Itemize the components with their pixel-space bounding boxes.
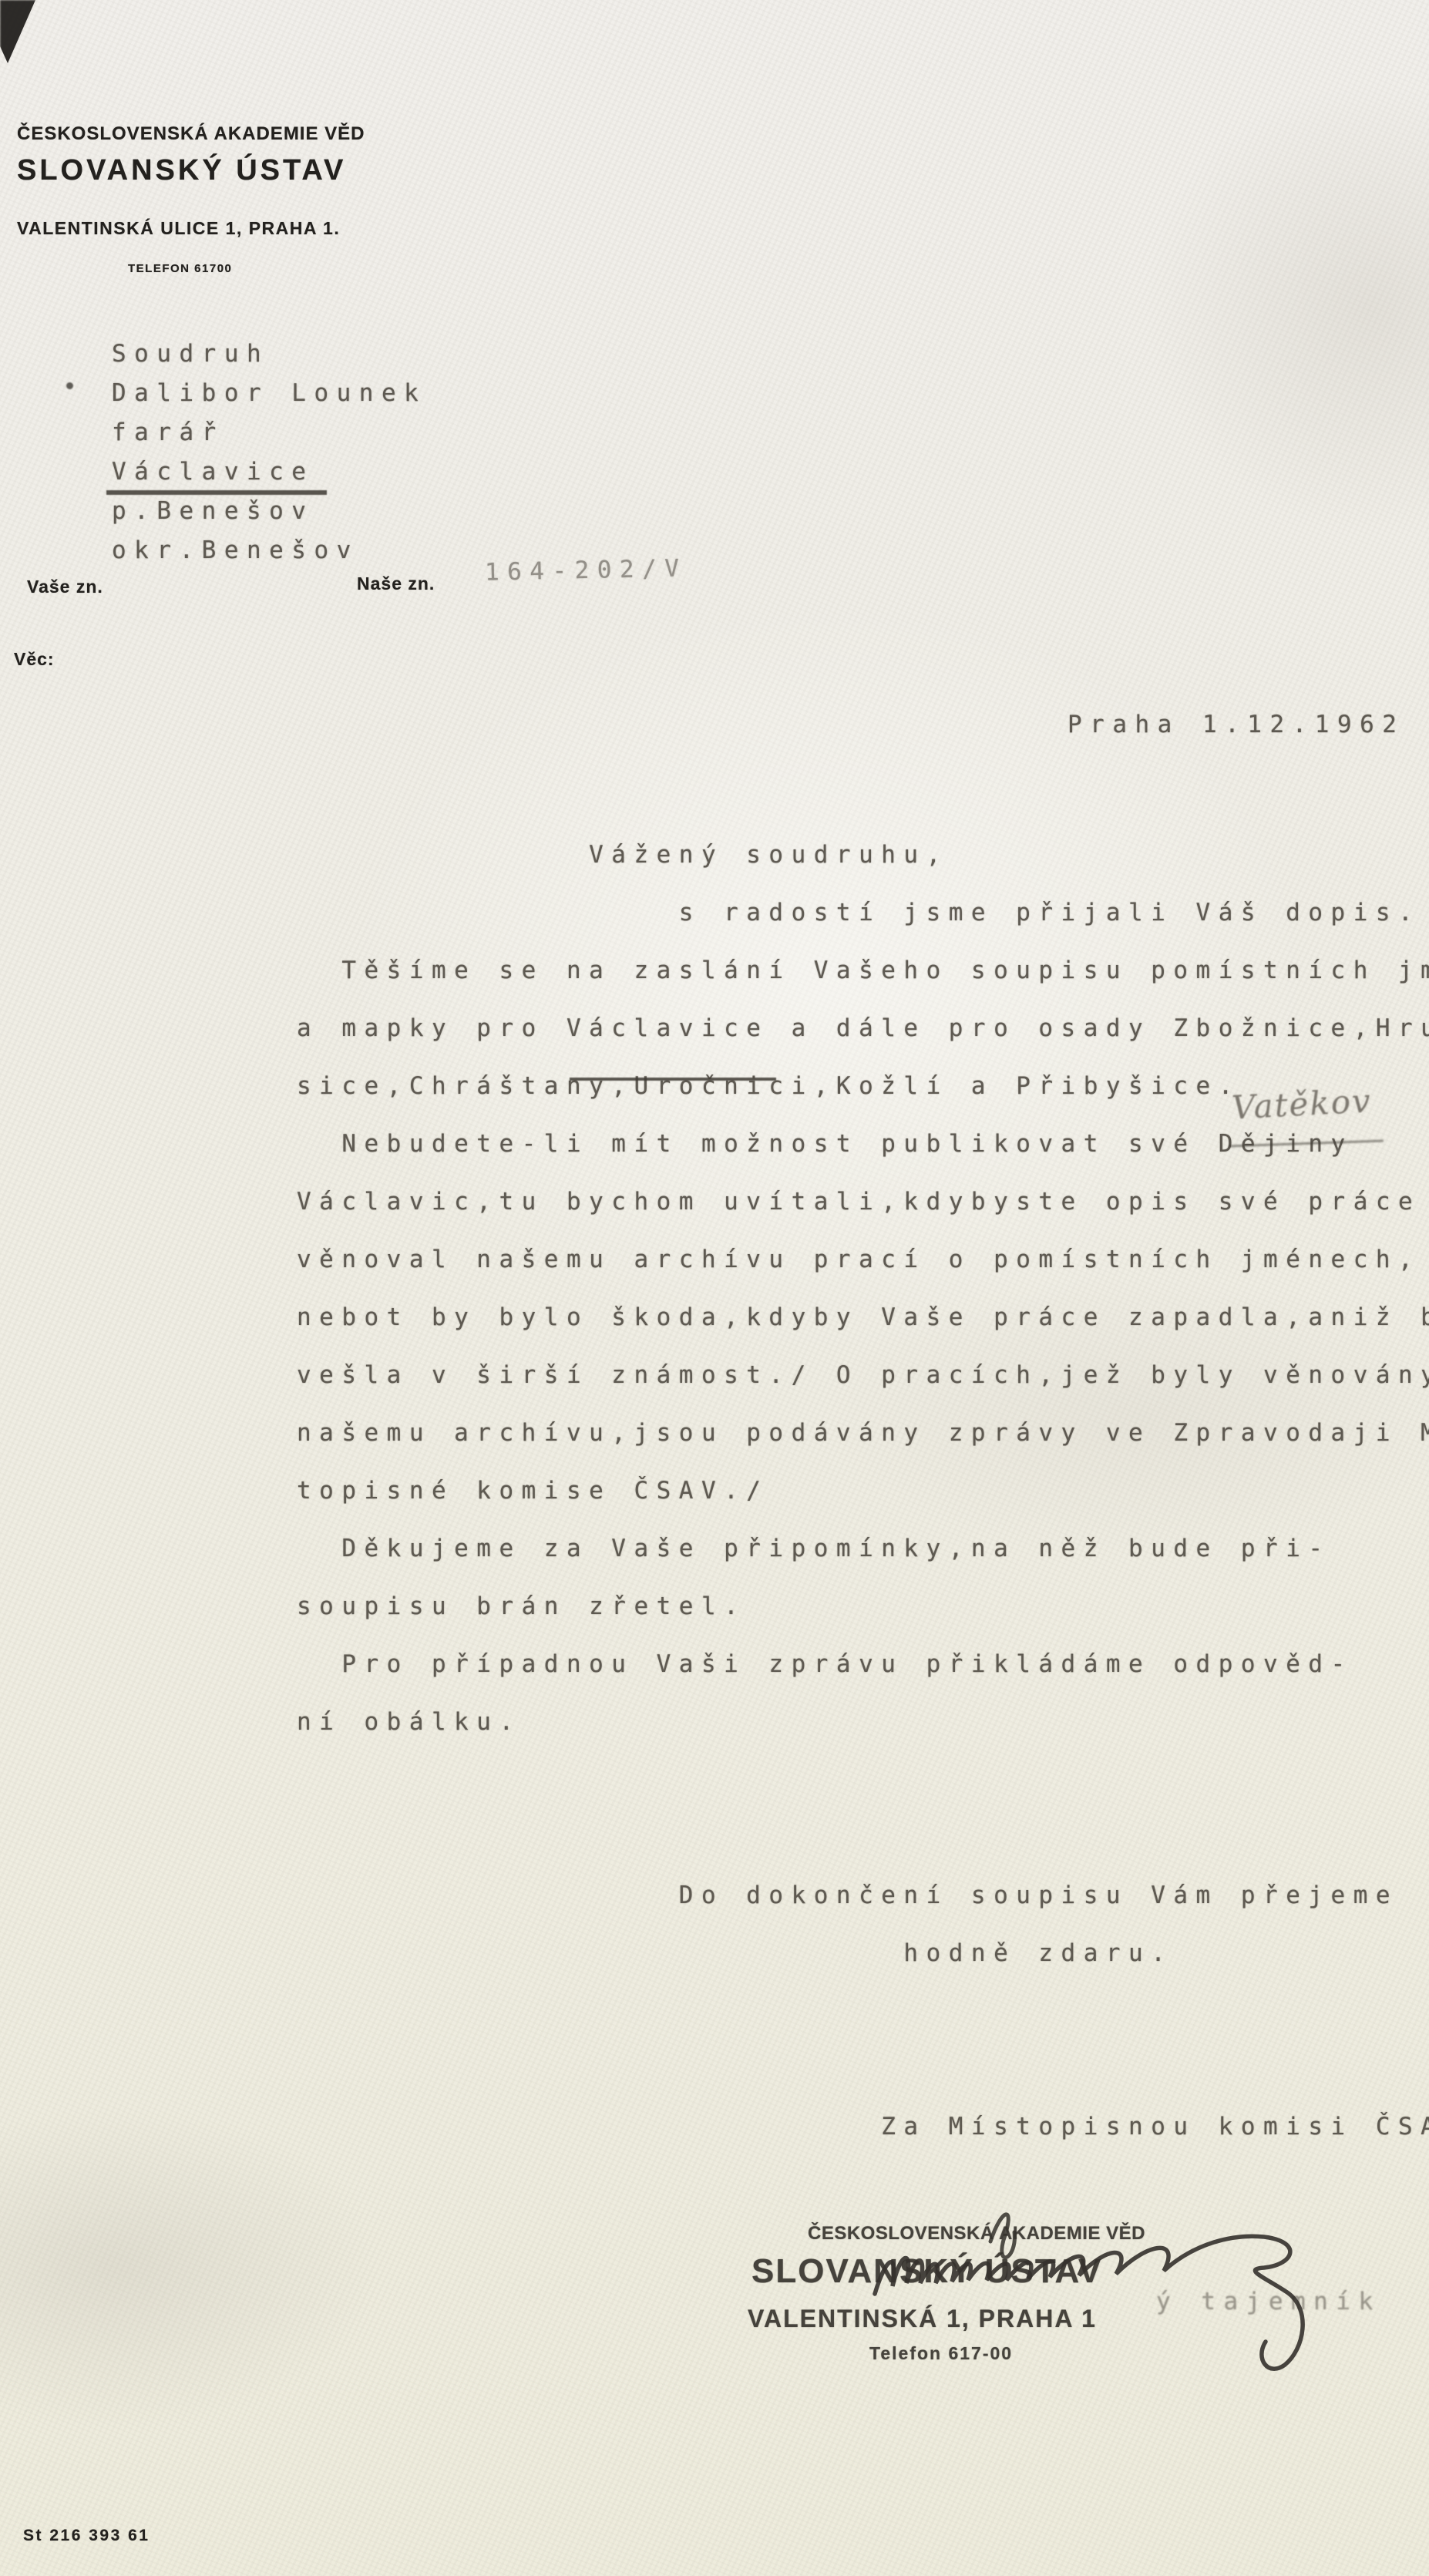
letterhead-phone: TELEFON 61700 xyxy=(128,262,232,275)
letter-body-line xyxy=(297,1751,1429,1809)
letter-body-line: soupisu brán zřetel. xyxy=(297,1578,1429,1636)
letter-body-line xyxy=(297,1809,1429,1867)
recipient-address-line: p.Benešov xyxy=(112,492,426,531)
ink-speck xyxy=(66,382,73,389)
letter-body-line: vešla v širší známost./ O pracích,jež by… xyxy=(297,1347,1429,1404)
our-reference-label: Naše zn. xyxy=(357,573,435,594)
letter-body-line: s radostí jsme přijali Váš dopis. xyxy=(297,884,1429,942)
recipient-address-line: Soudruh xyxy=(112,335,426,374)
letterhead-institute: SLOVANSKÝ ÚSTAV xyxy=(17,154,346,187)
recipient-address-block: SoudruhDalibor LounekfarářVáclavicep.Ben… xyxy=(112,335,426,570)
letter-body-line: našemu archívu,jsou podávány zprávy ve Z… xyxy=(297,1404,1429,1462)
letter-body-line: Pro případnou Vaši zprávu přikládáme odp… xyxy=(297,1636,1429,1693)
handwritten-note: Vatěkov xyxy=(1231,1081,1373,1126)
letter-body-line: ní obálku. xyxy=(297,1693,1429,1751)
letter-body-line: hodně zdaru. xyxy=(297,1925,1429,1982)
letter-body-line: a mapky pro Václavice a dále pro osady Z… xyxy=(297,1000,1429,1058)
our-reference-value: 164-202/V xyxy=(485,554,688,586)
letter-body-line: nebot by bylo škoda,kdyby Vaše práce zap… xyxy=(297,1289,1429,1347)
letter-body-line: topisné komise ČSAV./ xyxy=(297,1462,1429,1520)
letter-body-line: Do dokončení soupisu Vám přejeme xyxy=(297,1867,1429,1925)
letter-body-line xyxy=(297,1982,1429,2040)
letterhead-organization: ČESKOSLOVENSKÁ AKADEMIE VĚD xyxy=(17,123,365,145)
letter-body-line: Za Místopisnou komisi ČSAV xyxy=(297,2098,1429,2156)
your-reference-label: Vaše zn. xyxy=(27,577,103,597)
recipient-address-line: Dalibor Lounek xyxy=(112,374,426,413)
underline-body-vaclavice xyxy=(570,1078,776,1081)
scan-corner-blotch xyxy=(0,0,46,73)
letter-body-line xyxy=(297,2040,1429,2098)
letterhead-address: VALENTINSKÁ ULICE 1, PRAHA 1. xyxy=(17,218,340,239)
letter-body: Vážený soudruhu, s radostí jsme přijali … xyxy=(0,826,1429,2156)
letter-body-line: Děkujeme za Vaše připomínky,na něž bude … xyxy=(297,1520,1429,1578)
letter-body-line: věnoval našemu archívu prací o pomístníc… xyxy=(297,1231,1429,1289)
date-line: Praha 1.12.1962 xyxy=(1068,700,1404,749)
signature-handwriting xyxy=(832,2195,1429,2426)
letter-body-line: Václavic,tu bychom uvítali,kdybyste opis… xyxy=(297,1173,1429,1231)
print-code: St 216 393 61 xyxy=(23,2527,150,2545)
recipient-address-line: okr.Benešov xyxy=(112,531,426,570)
subject-label: Věc: xyxy=(14,649,55,670)
recipient-address-line: Václavice xyxy=(112,452,426,492)
letter-body-line: Těšíme se na zaslání Vašeho soupisu pomí… xyxy=(297,942,1429,1000)
scanned-letter-page: ČESKOSLOVENSKÁ AKADEMIE VĚD SLOVANSKÝ ÚS… xyxy=(0,0,1429,2576)
letter-body-line: Vážený soudruhu, xyxy=(297,826,1429,884)
recipient-address-line: farář xyxy=(112,413,426,452)
underline-recipient-vaclavice xyxy=(106,490,327,495)
